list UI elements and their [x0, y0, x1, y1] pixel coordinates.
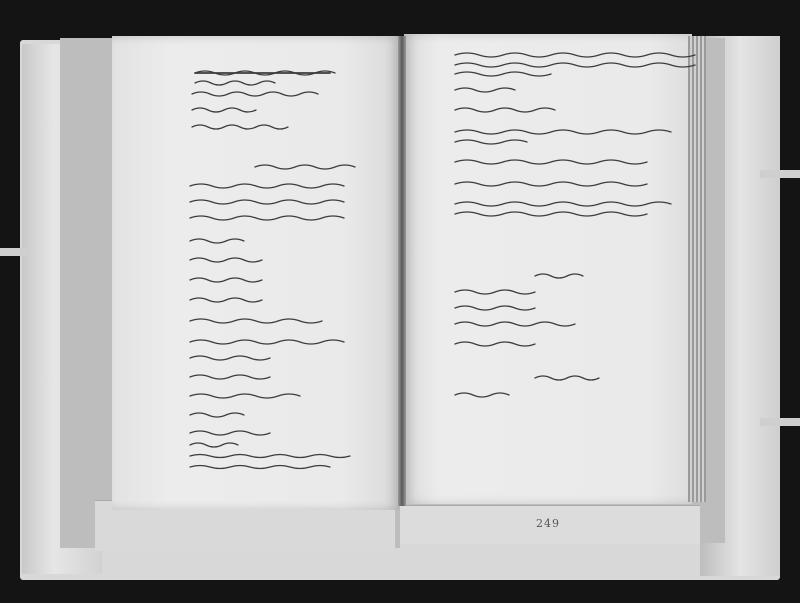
folio-number: 249: [536, 517, 560, 530]
handwriting-strokes: [0, 0, 800, 603]
